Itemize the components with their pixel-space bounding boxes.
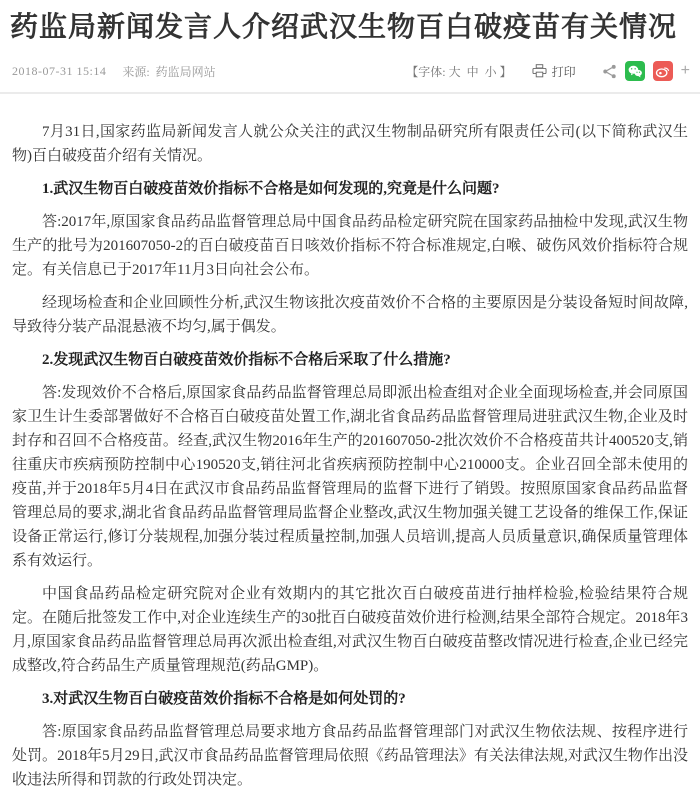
article-question-heading: 1.武汉生物百白破疫苗效价指标不合格是如何发现的,究竟是什么问题? xyxy=(12,177,688,201)
meta-right: 【字体: 大 中 小 】 打印 xyxy=(406,61,690,81)
share-wechat-button[interactable] xyxy=(625,61,645,81)
source-label: 来源: xyxy=(122,63,149,80)
article-paragraph: 经现场检查和企业回顾性分析,武汉生物该批次疫苗效价不合格的主要原因是分装设备短时… xyxy=(12,291,688,339)
printer-icon xyxy=(532,64,552,78)
print-label: 打印 xyxy=(552,63,576,80)
print-button[interactable]: 打印 xyxy=(532,63,576,80)
article-question-heading: 3.对武汉生物百白破疫苗效价指标不合格是如何处罚的? xyxy=(12,687,688,711)
article-paragraph: 中国食品药品检定研究院对企业有效期内的其它批次百白破疫苗进行抽样检验,检验结果符… xyxy=(12,582,688,678)
weibo-icon xyxy=(653,61,673,81)
share-button[interactable] xyxy=(602,64,617,79)
page-title: 药监局新闻发言人介绍武汉生物百白破疫苗有关情况 xyxy=(10,8,690,46)
share-more-button[interactable]: + xyxy=(681,63,690,79)
font-control-prefix: 【字体: xyxy=(406,63,445,80)
font-size-control: 【字体: 大 中 小 】 xyxy=(406,63,511,80)
meta-bar: 2018-07-31 15:14 来源: 药监局网站 【字体: 大 中 小 】 xyxy=(0,61,700,81)
article-body: 7月31日,国家药监局新闻发言人就公众关注的武汉生物制品研究所有限责任公司(以下… xyxy=(0,94,700,811)
font-size-medium-button[interactable]: 中 xyxy=(467,63,479,80)
plus-icon: + xyxy=(681,63,690,79)
font-size-small-button[interactable]: 小 xyxy=(485,63,497,80)
share-icon xyxy=(602,64,617,79)
share-weibo-button[interactable] xyxy=(653,61,673,81)
publish-date: 2018-07-31 15:14 xyxy=(12,64,106,79)
article-paragraph: 答:原国家食品药品监督管理总局要求地方食品药品监督管理部门对武汉生物依法规、按程… xyxy=(12,720,688,792)
meta-left: 2018-07-31 15:14 来源: 药监局网站 xyxy=(12,63,216,80)
article-question-heading: 2.发现武汉生物百白破疫苗效价指标不合格后采取了什么措施? xyxy=(12,348,688,372)
article-page: 药监局新闻发言人介绍武汉生物百白破疫苗有关情况 2018-07-31 15:14… xyxy=(0,0,700,811)
source-value: 药监局网站 xyxy=(156,63,216,80)
article-paragraph: 7月31日,国家药监局新闻发言人就公众关注的武汉生物制品研究所有限责任公司(以下… xyxy=(12,120,688,168)
article-paragraph: 答:发现效价不合格后,原国家食品药品监督管理总局即派出检查组对企业全面现场检查,… xyxy=(12,381,688,573)
share-bar: + xyxy=(602,61,690,81)
font-control-suffix: 】 xyxy=(500,63,512,80)
wechat-icon xyxy=(625,61,645,81)
article-paragraph: 答:2017年,原国家食品药品监督管理总局中国食品药品检定研究院在国家药品抽检中… xyxy=(12,210,688,282)
font-size-large-button[interactable]: 大 xyxy=(449,63,461,80)
